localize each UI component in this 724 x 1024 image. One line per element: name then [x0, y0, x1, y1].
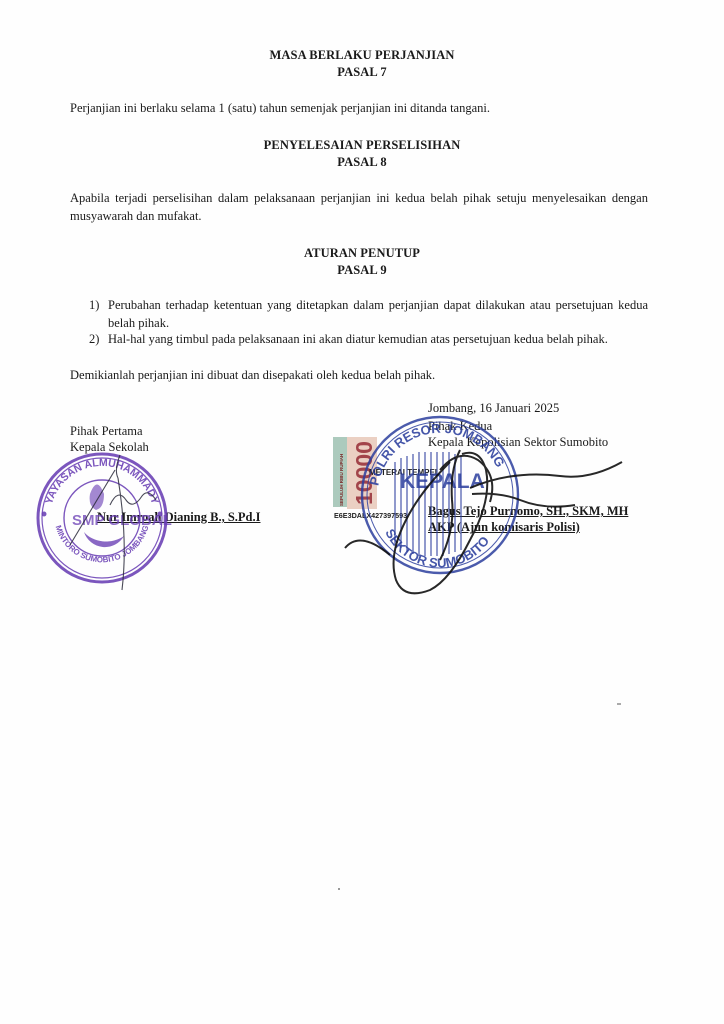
duty-stamp-serial: E6E3DALX427397593	[334, 511, 407, 520]
list-number: 1)	[89, 296, 99, 314]
second-party-role: Pihak Kedua	[428, 418, 492, 434]
list-number: 2)	[89, 330, 99, 348]
list-item: 1) Perubahan terhadap ketentuan yang dit…	[89, 296, 648, 332]
duty-stamp-label: METERAI TEMPEL	[369, 468, 440, 477]
article-number-7: PASAL 7	[0, 64, 724, 80]
list-text: Perubahan terhadap ketentuan yang diteta…	[108, 296, 648, 332]
duty-stamp-small-text: SEPULUH RIBU RUPIAH	[339, 454, 344, 506]
document-page: MASA BERLAKU PERJANJIAN PASAL 7 Perjanji…	[0, 0, 724, 1024]
list-item: 2) Hal-hal yang timbul pada pelaksanaan …	[89, 330, 669, 348]
school-stamp-bottom-text: MINTORO SUMOBITO JOMBANG	[54, 524, 151, 564]
second-party-position: Kepala Kepolisian Sektor Sumobito	[428, 434, 608, 450]
article-7-body: Perjanjian ini berlaku selama 1 (satu) t…	[70, 99, 670, 117]
scan-mark	[338, 888, 340, 890]
second-party-rank: AKP (Ajun komisaris Polisi)	[428, 519, 580, 535]
section-title-masa-berlaku: MASA BERLAKU PERJANJIAN	[0, 47, 724, 63]
scan-mark	[617, 703, 621, 705]
first-party-name: Nur Imroah Dianing B., S.Pd.I	[97, 509, 260, 525]
section-title-aturan-penutup: ATURAN PENUTUP	[0, 245, 724, 261]
duty-stamp-value: 10000	[351, 441, 377, 505]
second-party-name: Bagus Tejo Purnomo, SH., SKM, MH	[428, 503, 628, 519]
article-8-body: Apabila terjadi perselisihan dalam pelak…	[70, 189, 648, 225]
school-stamp-top-text: YAYASAN ALMUHAMMADY	[43, 457, 161, 506]
section-title-penyelesaian: PENYELESAIAN PERSELISIHAN	[0, 137, 724, 153]
first-party-role: Pihak Pertama	[70, 423, 143, 439]
first-party-position: Kepala Sekolah	[70, 439, 149, 455]
police-stamp-center-text: KEPALA	[400, 470, 485, 493]
list-text: Hal-hal yang timbul pada pelaksanaan ini…	[108, 330, 669, 348]
closing-statement: Demikianlah perjanjian ini dibuat dan di…	[70, 366, 670, 384]
place-date: Jombang, 16 Januari 2025	[428, 400, 559, 416]
article-number-9: PASAL 9	[0, 262, 724, 278]
article-number-8: PASAL 8	[0, 154, 724, 170]
